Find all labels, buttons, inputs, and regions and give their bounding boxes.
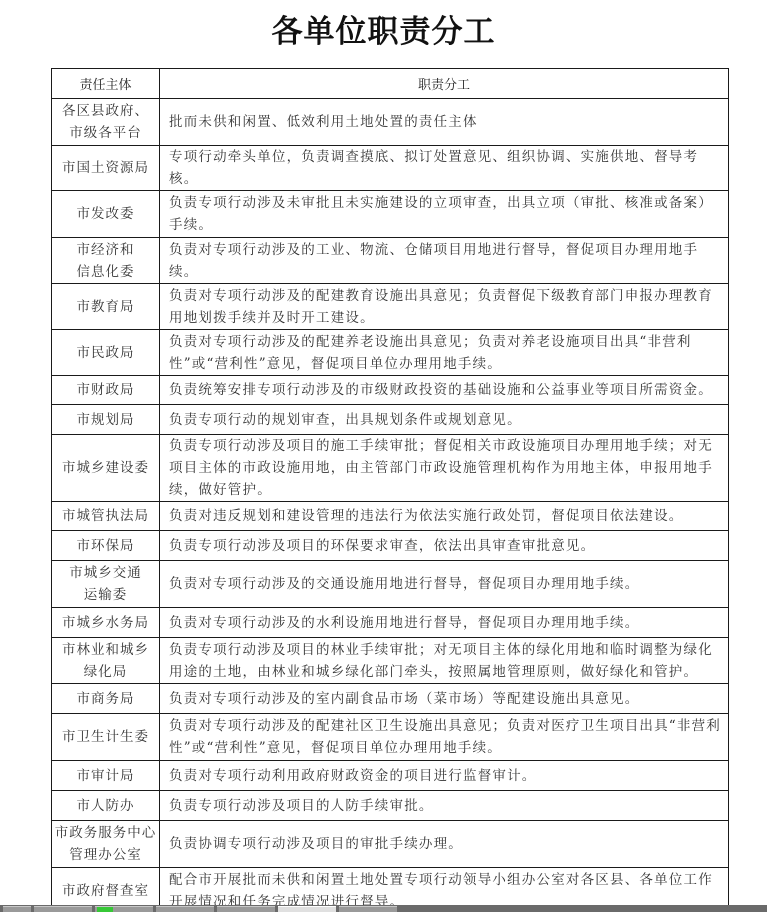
responsible-unit-cell: 市政务服务中心管理办公室 <box>52 821 160 868</box>
taskbar-button[interactable] <box>3 906 31 912</box>
taskbar <box>0 905 767 912</box>
duty-description-cell: 专项行动牵头单位，负责调查摸底、拟订处置意见、组织协调、实施供地、督导考核。 <box>160 146 729 191</box>
taskbar-button[interactable] <box>217 906 275 912</box>
unit-name-line: 市卫生计生委 <box>52 726 159 748</box>
table-row: 市林业和城乡绿化局负责专项行动涉及项目的林业手续审批；对无项目主体的绿化用地和临… <box>52 638 729 684</box>
table-row: 市教育局负责对专项行动涉及的配建教育设施出具意见；负责督促下级教育部门申报办理教… <box>52 284 729 330</box>
unit-name-line: 市民政局 <box>52 342 159 364</box>
duty-description-cell: 负责对专项行动涉及的配建教育设施出具意见；负责督促下级教育部门申报办理教育用地划… <box>160 284 729 330</box>
duty-description-cell: 负责对专项行动涉及的工业、物流、仓储项目用地进行督导，督促项目办理用地手续。 <box>160 238 729 284</box>
duty-description-cell: 负责对专项行动涉及的配建养老设施出具意见；负责对养老设施项目出具“非营利性”或“… <box>160 330 729 376</box>
responsible-unit-cell: 市城乡水务局 <box>52 608 160 638</box>
duty-description-cell: 负责对专项行动利用政府财政资金的项目进行监督审计。 <box>160 761 729 791</box>
responsible-unit-cell: 市卫生计生委 <box>52 714 160 761</box>
table-row: 市国土资源局专项行动牵头单位，负责调查摸底、拟订处置意见、组织协调、实施供地、督… <box>52 146 729 191</box>
taskbar-button[interactable] <box>95 906 153 912</box>
responsible-unit-cell: 市规划局 <box>52 405 160 435</box>
responsible-unit-cell: 市民政局 <box>52 330 160 376</box>
duty-description-cell: 负责协调专项行动涉及项目的审批手续办理。 <box>160 821 729 868</box>
responsible-unit-cell: 市人防办 <box>52 791 160 821</box>
unit-name-line: 市环保局 <box>52 535 159 557</box>
table-row: 市环保局负责专项行动涉及项目的环保要求审查，依法出具审查审批意见。 <box>52 531 729 561</box>
responsible-unit-cell: 市审计局 <box>52 761 160 791</box>
responsible-unit-cell: 市商务局 <box>52 684 160 714</box>
unit-name-line: 市城乡建设委 <box>52 457 159 479</box>
unit-name-line: 市政务服务中心 <box>52 822 159 844</box>
responsible-unit-cell: 市城管执法局 <box>52 502 160 531</box>
responsible-unit-cell: 市国土资源局 <box>52 146 160 191</box>
unit-name-line: 市国土资源局 <box>52 157 159 179</box>
table-body: 各区县政府、市级各平台批而未供和闲置、低效利用土地处置的责任主体市国土资源局专项… <box>52 99 729 912</box>
unit-name-line: 运输委 <box>52 584 159 606</box>
table-row: 市发改委负责专项行动涉及未审批且未实施建设的立项审查，出具立项（审批、核准或备案… <box>52 191 729 238</box>
duty-description-cell: 负责专项行动涉及未审批且未实施建设的立项审查，出具立项（审批、核准或备案）手续。 <box>160 191 729 238</box>
unit-name-line: 市审计局 <box>52 765 159 787</box>
duty-description-cell: 负责对专项行动涉及的交通设施用地进行督导，督促项目办理用地手续。 <box>160 561 729 608</box>
responsible-unit-cell: 市环保局 <box>52 531 160 561</box>
table-row: 各区县政府、市级各平台批而未供和闲置、低效利用土地处置的责任主体 <box>52 99 729 146</box>
table-row: 市商务局负责对专项行动涉及的室内副食品市场（菜市场）等配建设施出具意见。 <box>52 684 729 714</box>
unit-name-line: 管理办公室 <box>52 844 159 866</box>
taskbar-button[interactable] <box>34 906 92 912</box>
table-row: 市政务服务中心管理办公室负责协调专项行动涉及项目的审批手续办理。 <box>52 821 729 868</box>
taskbar-button[interactable] <box>278 906 336 912</box>
table-row: 市人防办负责专项行动涉及项目的人防手续审批。 <box>52 791 729 821</box>
unit-name-line: 市经济和 <box>52 239 159 261</box>
table-row: 市经济和信息化委负责对专项行动涉及的工业、物流、仓储项目用地进行督导，督促项目办… <box>52 238 729 284</box>
duty-description-cell: 负责专项行动涉及项目的林业手续审批；对无项目主体的绿化用地和临时调整为绿化用途的… <box>160 638 729 684</box>
unit-name-line: 市林业和城乡 <box>52 639 159 661</box>
unit-name-line: 市财政局 <box>52 379 159 401</box>
table-row: 市卫生计生委负责对专项行动涉及的配建社区卫生设施出具意见；负责对医疗卫生项目出具… <box>52 714 729 761</box>
table-row: 市规划局负责专项行动的规划审查，出具规划条件或规划意见。 <box>52 405 729 435</box>
table-row: 市城乡水务局负责对专项行动涉及的水利设施用地进行督导，督促项目办理用地手续。 <box>52 608 729 638</box>
unit-name-line: 市规划局 <box>52 409 159 431</box>
table-row: 市城管执法局负责对违反规划和建设管理的违法行为依法实施行政处罚，督促项目依法建设… <box>52 502 729 531</box>
duty-division-table: 责任主体 职责分工 各区县政府、市级各平台批而未供和闲置、低效利用土地处置的责任… <box>51 68 729 912</box>
duty-description-cell: 负责专项行动涉及项目的人防手续审批。 <box>160 791 729 821</box>
unit-name-line: 市人防办 <box>52 795 159 817</box>
header-duty-division: 职责分工 <box>160 69 729 99</box>
table-row: 市城乡建设委负责专项行动涉及项目的施工手续审批；督促相关市政设施项目办理用地手续… <box>52 435 729 502</box>
responsible-unit-cell: 市城乡交通运输委 <box>52 561 160 608</box>
responsible-unit-cell: 市财政局 <box>52 376 160 405</box>
duty-description-cell: 负责对专项行动涉及的室内副食品市场（菜市场）等配建设施出具意见。 <box>160 684 729 714</box>
unit-name-line: 信息化委 <box>52 261 159 283</box>
responsible-unit-cell: 市教育局 <box>52 284 160 330</box>
taskbar-button[interactable] <box>156 906 214 912</box>
page-title: 各单位职责分工 <box>0 12 767 52</box>
unit-name-line: 市政府督查室 <box>52 880 159 902</box>
table-header-row: 责任主体 职责分工 <box>52 69 729 99</box>
responsible-unit-cell: 市发改委 <box>52 191 160 238</box>
responsible-unit-cell: 市城乡建设委 <box>52 435 160 502</box>
unit-name-line: 绿化局 <box>52 661 159 683</box>
responsible-unit-cell: 市经济和信息化委 <box>52 238 160 284</box>
table-row: 市民政局负责对专项行动涉及的配建养老设施出具意见；负责对养老设施项目出具“非营利… <box>52 330 729 376</box>
table-row: 市财政局负责统筹安排专项行动涉及的市级财政投资的基础设施和公益事业等项目所需资金… <box>52 376 729 405</box>
duty-description-cell: 负责统筹安排专项行动涉及的市级财政投资的基础设施和公益事业等项目所需资金。 <box>160 376 729 405</box>
unit-name-line: 市发改委 <box>52 203 159 225</box>
duty-description-cell: 批而未供和闲置、低效利用土地处置的责任主体 <box>160 99 729 146</box>
unit-name-line: 市城管执法局 <box>52 505 159 527</box>
taskbar-button[interactable] <box>339 906 397 912</box>
duty-description-cell: 负责对违反规划和建设管理的违法行为依法实施行政处罚，督促项目依法建设。 <box>160 502 729 531</box>
duty-description-cell: 负责专项行动涉及项目的施工手续审批；督促相关市政设施项目办理用地手续；对无项目主… <box>160 435 729 502</box>
unit-name-line: 各区县政府、 <box>52 100 159 122</box>
duty-description-cell: 负责对专项行动涉及的配建社区卫生设施出具意见；负责对医疗卫生项目出具“非营利性”… <box>160 714 729 761</box>
table-row: 市审计局负责对专项行动利用政府财政资金的项目进行监督审计。 <box>52 761 729 791</box>
duty-description-cell: 负责对专项行动涉及的水利设施用地进行督导，督促项目办理用地手续。 <box>160 608 729 638</box>
responsible-unit-cell: 各区县政府、市级各平台 <box>52 99 160 146</box>
unit-name-line: 市教育局 <box>52 296 159 318</box>
table-row: 市城乡交通运输委负责对专项行动涉及的交通设施用地进行督导，督促项目办理用地手续。 <box>52 561 729 608</box>
unit-name-line: 市城乡交通 <box>52 562 159 584</box>
unit-name-line: 市城乡水务局 <box>52 612 159 634</box>
activity-indicator-icon <box>97 907 113 912</box>
duty-description-cell: 负责专项行动的规划审查，出具规划条件或规划意见。 <box>160 405 729 435</box>
header-responsible-unit: 责任主体 <box>52 69 160 99</box>
responsible-unit-cell: 市林业和城乡绿化局 <box>52 638 160 684</box>
unit-name-line: 市级各平台 <box>52 122 159 144</box>
duty-description-cell: 负责专项行动涉及项目的环保要求审查，依法出具审查审批意见。 <box>160 531 729 561</box>
unit-name-line: 市商务局 <box>52 688 159 710</box>
